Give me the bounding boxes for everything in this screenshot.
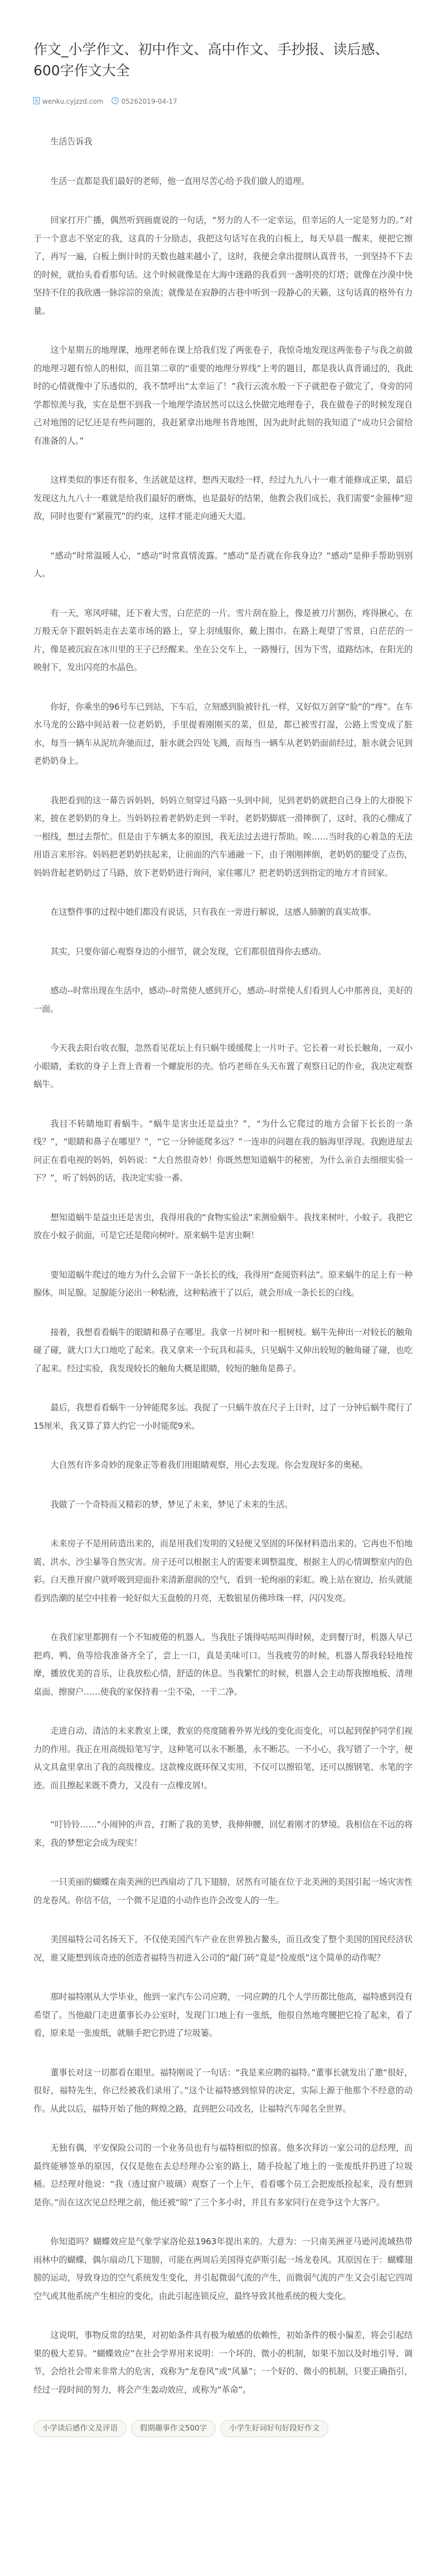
paragraph: 回家打开广播，偶然听到画鹿说的一句话，“努力的人不一定幸运，但幸运的人一定是努力… bbox=[33, 211, 413, 320]
paragraph: 大自然有许多奇妙的现象正等着我们用眼睛观察，用心去发现。你会发现好多的奥秘。 bbox=[33, 1456, 413, 1474]
article-page: 作文_小学作文、初中作文、高中作文、手抄报、读后感、600字作文大全 wenku… bbox=[0, 0, 446, 2459]
paragraph: 走进自动、清洁的未来教室上课，教室的亮度随着外界光线的变化而变化，可以起到保护同… bbox=[33, 1722, 413, 1794]
paragraph: 我目不转睛地盯着蜗牛。“蜗牛是害虫还是益虫？”，“为什么它爬过的地方会留下长长的… bbox=[33, 1115, 413, 1187]
paragraph: 这样类似的事还有很多，生活就是这样，想西天取经一样，经过九九八十一难才能修成正果… bbox=[33, 471, 413, 526]
paragraph: 生活告诉我 bbox=[33, 133, 413, 151]
related-tags: 小学读后感作文及评语 假期趣事作文500字 小学生好词好句好段好作文 bbox=[33, 2420, 413, 2437]
source-info: wenku.cyjzzd.com bbox=[33, 97, 104, 106]
tag-link[interactable]: 假期趣事作文500字 bbox=[131, 2420, 216, 2437]
source-domain: wenku.cyjzzd.com bbox=[42, 98, 104, 105]
paragraph: 一只美丽的蝴蝶在南美洲的巴西扇动了几下翅膀，居然有可能在位于北美洲的美国引起一场… bbox=[33, 1873, 413, 1909]
paragraph: 美国福特公司名扬天下，不仅使美国汽车产业在世界独占鳌头，而且改变了整个美国的国民… bbox=[33, 1930, 413, 1967]
paragraph: 有一天，寒风呼啸，还下着大雪，白茫茫的一片。雪片刮在脸上，像是被刀片割伤，疼得揪… bbox=[33, 604, 413, 677]
publish-date: 05262019-04-17 bbox=[122, 98, 177, 105]
paragraph: 无独有偶，平安保险公司的一个业务员也有与福特相似的惊喜。他多次拜访一家公司的总经… bbox=[33, 2139, 413, 2211]
paragraph: 未来房子不是用砖造出来的，而是用我们发明的又轻便又坚固的环保材料造出来的。它再也… bbox=[33, 1535, 413, 1607]
paragraph: 董事长对这一切都看在眼里。福特刚说了一句话：“我是来应聘的福特。”董事长就发出了… bbox=[33, 2064, 413, 2118]
paragraph: “感动”时常温暖人心，“感动”时常真情流露。“感动”是否就在你我身边？“感动”是… bbox=[33, 547, 413, 583]
article-title: 作文_小学作文、初中作文、高中作文、手抄报、读后感、600字作文大全 bbox=[33, 39, 413, 81]
paragraph: 我把看到的这一幕告诉妈妈，妈妈立刻穿过马路一头到中间，见到老奶奶就把自己身上的大… bbox=[33, 792, 413, 882]
tag-link[interactable]: 小学读后感作文及评语 bbox=[33, 2420, 127, 2437]
article-body: 生活告诉我 生活一直都是我们最好的老师，他一直用尽苦心给予我们做人的道理。 回家… bbox=[33, 133, 413, 2399]
paragraph: 最后，我想看看蜗牛一分钟能爬多远。我捉了一只蜗牛放在尺子上计时，过了一分钟后蜗牛… bbox=[33, 1399, 413, 1435]
paragraph: 想知道蜗牛是益虫还是害虫，我得用我的“食物实验法”来测验蜗牛。我找来树叶、小蚊子… bbox=[33, 1209, 413, 1245]
paragraph: 在这整件事的过程中她们都没有说话，只有我在一旁进行解说，这感人肺腑的真实故事。 bbox=[33, 903, 413, 921]
paragraph: 这个星期五的地理课，地理老师在课上给我们发了两张卷子，我惊奇地发现这两张卷子与我… bbox=[33, 341, 413, 450]
tag-link[interactable]: 小学生好词好句好段好作文 bbox=[220, 2420, 328, 2437]
clock-icon bbox=[111, 97, 122, 106]
article-meta: wenku.cyjzzd.com 05262019-04-17 bbox=[33, 97, 413, 106]
paragraph: 在我们家里都拥有一个不知疲倦的机器人。当我肚子饿得咕咕叫得时候，走到餐厅时，机器… bbox=[33, 1628, 413, 1701]
paragraph: 感动--时常出现在生活中，感动--时常使人感到开心，感动--时常使人们看到人心中… bbox=[33, 982, 413, 1018]
paragraph: 其实，只要你留心观察身边的小细节，就会发现，它们都很值得你去感动。 bbox=[33, 943, 413, 961]
paragraph: 接着，我想看看蜗牛的眼睛和鼻子在哪里。我拿一片树叶和一根树枝。蜗牛先伸出一对较长… bbox=[33, 1323, 413, 1378]
paragraph: 今天我去阳台收衣服，忽然看见花坛上有只蜗牛缓缓爬上一片叶子。它长着一对长长触角，… bbox=[33, 1039, 413, 1094]
paragraph: 那时福特刚从大学毕业，他到一家汽车公司应聘，一同应聘的几个人学历都比他高，福特感… bbox=[33, 1988, 413, 2043]
paragraph: 你好，你乘坐的96号车已到站，下车后，立刻感到脸被针扎一样，又好似万剑穿“脸”的… bbox=[33, 698, 413, 770]
paragraph: 这说明，事物反常的结果，对初始条件具有极为敏感的依赖性，初始条件的极小偏差，将会… bbox=[33, 2326, 413, 2399]
date-info: 05262019-04-17 bbox=[111, 97, 177, 106]
paragraph: 生活一直都是我们最好的老师，他一直用尽苦心给予我们做人的道理。 bbox=[33, 172, 413, 191]
paragraph: 你知道吗？蝴蝶效应是气象学家洛伦兹1963年提出来的。大意为：一只南美洲亚马逊河… bbox=[33, 2233, 413, 2305]
document-icon bbox=[33, 97, 42, 106]
paragraph: 我做了一个奇特而又精彩的梦，梦见了未来，梦见了未来的生活。 bbox=[33, 1496, 413, 1514]
paragraph: “叮铃铃……”小闹钟的声音，打断了我的美梦，我伸伸腰，回忆着刚才的梦境。我相信在… bbox=[33, 1816, 413, 1852]
paragraph: 要知道蜗牛爬过的地方为什么会留下一条长长的线，我得用“查阅资料法”。原来蜗牛的足… bbox=[33, 1266, 413, 1302]
